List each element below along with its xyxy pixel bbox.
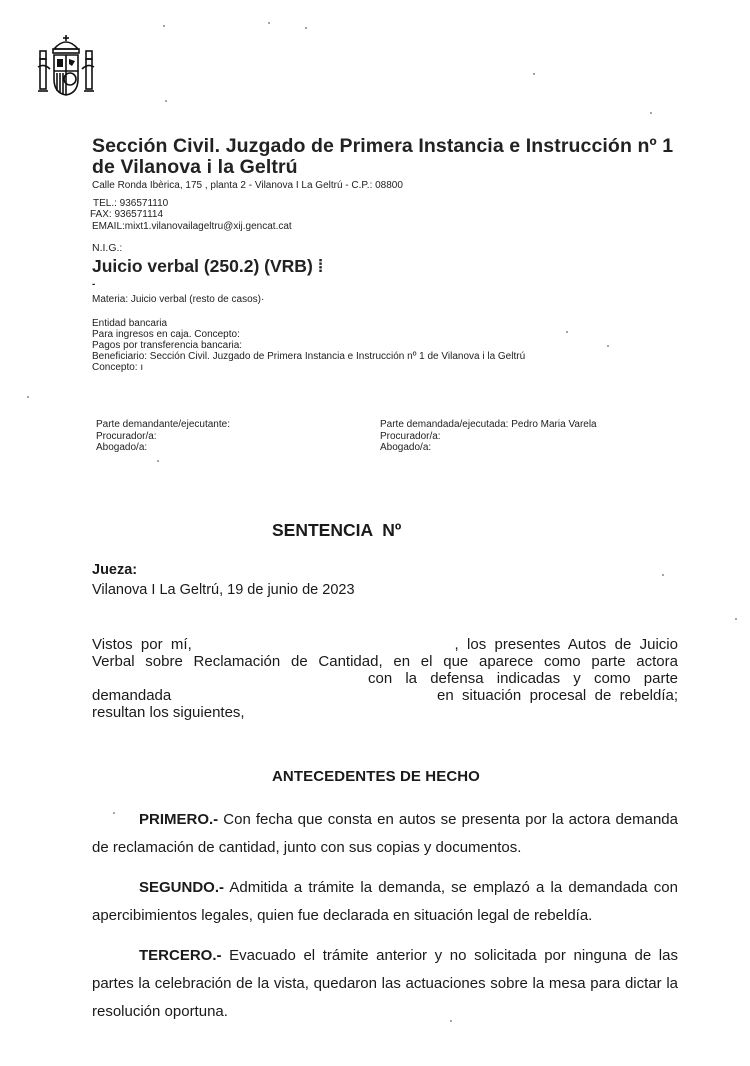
plaintiff-abogado: Abogado/a: — [96, 442, 230, 454]
court-tel: TEL.: 936571110 — [93, 198, 168, 210]
bank-cash-concept: Para ingresos en caja. Concepto: — [92, 329, 240, 341]
antecedente-tercero: TERCERO.- Evacuado el trámite anterior y… — [92, 942, 678, 1026]
court-name-line1: Sección Civil. Juzgado de Primera Instan… — [92, 135, 673, 158]
scan-speck — [305, 27, 307, 29]
bank-entity: Entidad bancaria — [92, 318, 167, 330]
antecedente-label: TERCERO.- — [139, 947, 222, 964]
defendant-party: Parte demandada/ejecutada: Pedro Maria V… — [380, 419, 597, 431]
defendant-abogado: Abogado/a: — [380, 442, 597, 454]
scan-speck — [662, 574, 664, 576]
defendant-procurador: Procurador/a: — [380, 431, 597, 443]
intro-l5: resultan los siguientes, — [92, 704, 245, 721]
dash: - — [92, 279, 95, 291]
materia: Materia: Juicio verbal (resto de casos)· — [92, 294, 264, 306]
intro-l1b: , los presentes Autos de Juicio — [455, 636, 678, 653]
scan-speck — [268, 22, 270, 24]
scan-speck — [157, 460, 159, 462]
intro-l3: con la defensa indicadas y como parte — [368, 670, 678, 687]
bank-concept: Concepto: ı — [92, 362, 143, 374]
scan-speck — [27, 396, 29, 398]
scan-speck — [533, 73, 535, 75]
intro-paragraph: Vistos por mí, , los presentes Autos de … — [92, 636, 678, 721]
scan-speck — [450, 1020, 452, 1022]
court-address: Calle Ronda Ibèrica, 175 , planta 2 - Vi… — [92, 180, 403, 192]
section-heading-antecedentes: ANTECEDENTES DE HECHO — [272, 768, 480, 785]
court-name-line2: de Vilanova i la Geltrú — [92, 156, 298, 179]
scan-speck — [566, 331, 568, 333]
procedure-type: Juicio verbal (250.2) (VRB) ⁞ — [92, 256, 323, 277]
scan-speck — [735, 618, 737, 620]
antecedente-label: PRIMERO.- — [139, 811, 218, 828]
plaintiff-party: Parte demandante/ejecutante: — [96, 419, 230, 431]
bank-transfer: Pagos por transferencia bancaria: — [92, 340, 242, 352]
spain-coat-of-arms-icon — [36, 33, 96, 99]
scan-speck — [165, 100, 167, 102]
plaintiff-block: Parte demandante/ejecutante: Procurador/… — [96, 419, 230, 454]
judge-label: Jueza: — [92, 562, 137, 578]
nig-label: N.I.G.: — [92, 243, 122, 255]
antecedente-segundo: SEGUNDO.- Admitida a trámite la demanda,… — [92, 874, 678, 930]
intro-l4a: demandada — [92, 687, 171, 704]
antecedente-label: SEGUNDO.- — [139, 879, 224, 896]
scan-speck — [163, 25, 165, 27]
scan-speck — [650, 112, 652, 114]
scan-speck — [113, 812, 115, 814]
place-date: Vilanova I La Geltrú, 19 de junio de 202… — [92, 582, 355, 598]
intro-l2: Verbal sobre Reclamación de Cantidad, en… — [92, 653, 678, 670]
sentence-title: SENTENCIA Nº — [272, 520, 401, 541]
defendant-block: Parte demandada/ejecutada: Pedro Maria V… — [380, 419, 597, 454]
intro-l1a: Vistos por mí, — [92, 636, 192, 653]
intro-l4b: en situación procesal de rebeldía; — [437, 687, 678, 704]
bank-beneficiary: Beneficiario: Sección Civil. Juzgado de … — [92, 351, 525, 363]
scan-speck — [607, 345, 609, 347]
court-email: EMAIL:mixt1.vilanovailageltru@xij.gencat… — [92, 221, 292, 233]
antecedente-primero: PRIMERO.- Con fecha que consta en autos … — [92, 806, 678, 862]
plaintiff-procurador: Procurador/a: — [96, 431, 230, 443]
court-fax: FAX: 936571114 — [90, 209, 163, 221]
